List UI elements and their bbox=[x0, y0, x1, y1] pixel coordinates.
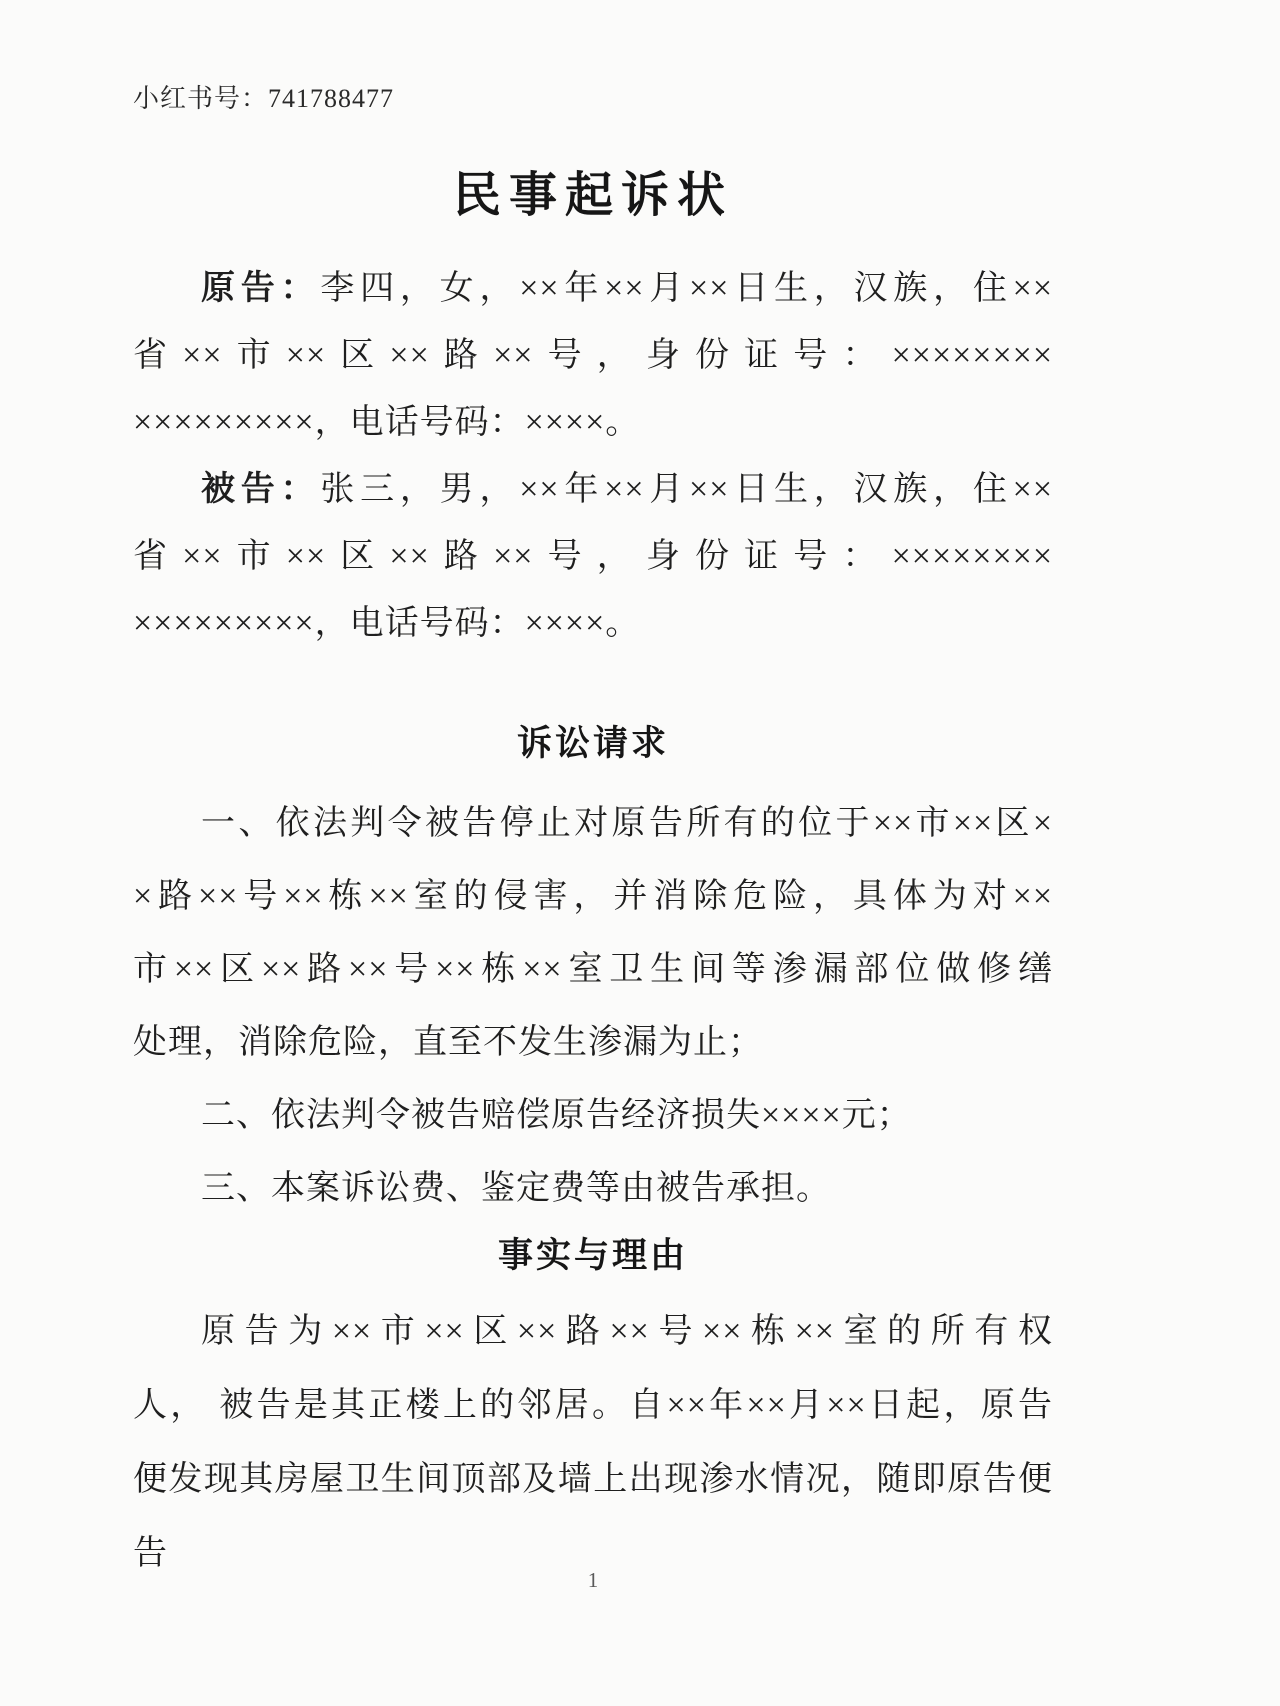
plaintiff-line-2: 省××市××区××路××号，身份证号：×××××××× bbox=[133, 322, 1053, 389]
document-page: 小红书号：741788477 民事起诉状 原告：李四，女，××年××月××日生，… bbox=[133, 0, 1053, 1591]
defendant-line-2: 省××市××区××路××号，身份证号：×××××××× bbox=[133, 523, 1053, 590]
claims-section-heading: 诉讼请求 bbox=[133, 721, 1053, 767]
page-number: 1 bbox=[133, 1568, 1053, 1593]
parties-section: 原告：李四，女，××年××月××日生，汉族，住×× 省××市××区××路××号，… bbox=[133, 255, 1053, 657]
defendant-line-1-text: 张三，男，××年××月××日生，汉族，住×× bbox=[320, 471, 1053, 508]
claim-1-line-2: ×路××号××栋××室的侵害，并消除危险，具体为对×× bbox=[133, 860, 1053, 933]
claim-1-line-4: 处理，消除危险，直至不发生渗漏为止； bbox=[133, 1006, 1053, 1079]
defendant-line-1: 被告：张三，男，××年××月××日生，汉族，住×× bbox=[133, 456, 1053, 523]
claims-section: 一、依法判令被告停止对原告所有的位于××市××区× ×路××号××栋××室的侵害… bbox=[133, 787, 1053, 1225]
facts-section: 原告为××市××区××路××号××栋××室的所有权 人， 被告是其正楼上的邻居。… bbox=[133, 1295, 1053, 1591]
facts-line-1: 原告为××市××区××路××号××栋××室的所有权 bbox=[133, 1295, 1053, 1369]
plaintiff-line-3: ×××××××××，电话号码：××××。 bbox=[133, 389, 1053, 456]
facts-section-heading: 事实与理由 bbox=[133, 1233, 1053, 1279]
document-title: 民事起诉状 bbox=[133, 167, 1053, 225]
claim-2: 二、依法判令被告赔偿原告经济损失××××元； bbox=[133, 1079, 1053, 1152]
facts-line-2: 人， 被告是其正楼上的邻居。自××年××月××日起，原告 bbox=[133, 1369, 1053, 1443]
plaintiff-line-1-text: 李四，女，××年××月××日生，汉族，住×× bbox=[320, 270, 1053, 307]
defendant-label: 被告： bbox=[201, 470, 320, 508]
plaintiff-label: 原告： bbox=[201, 269, 320, 307]
claim-1-line-3: 市××区××路××号××栋××室卫生间等渗漏部位做修缮 bbox=[133, 933, 1053, 1006]
defendant-line-3: ×××××××××，电话号码：××××。 bbox=[133, 590, 1053, 657]
claim-1-line-1: 一、依法判令被告停止对原告所有的位于××市××区× bbox=[133, 787, 1053, 860]
xiaohongshu-id-note: 小红书号：741788477 bbox=[133, 78, 1053, 115]
plaintiff-line-1: 原告：李四，女，××年××月××日生，汉族，住×× bbox=[133, 255, 1053, 322]
claim-3: 三、本案诉讼费、鉴定费等由被告承担。 bbox=[133, 1152, 1053, 1225]
